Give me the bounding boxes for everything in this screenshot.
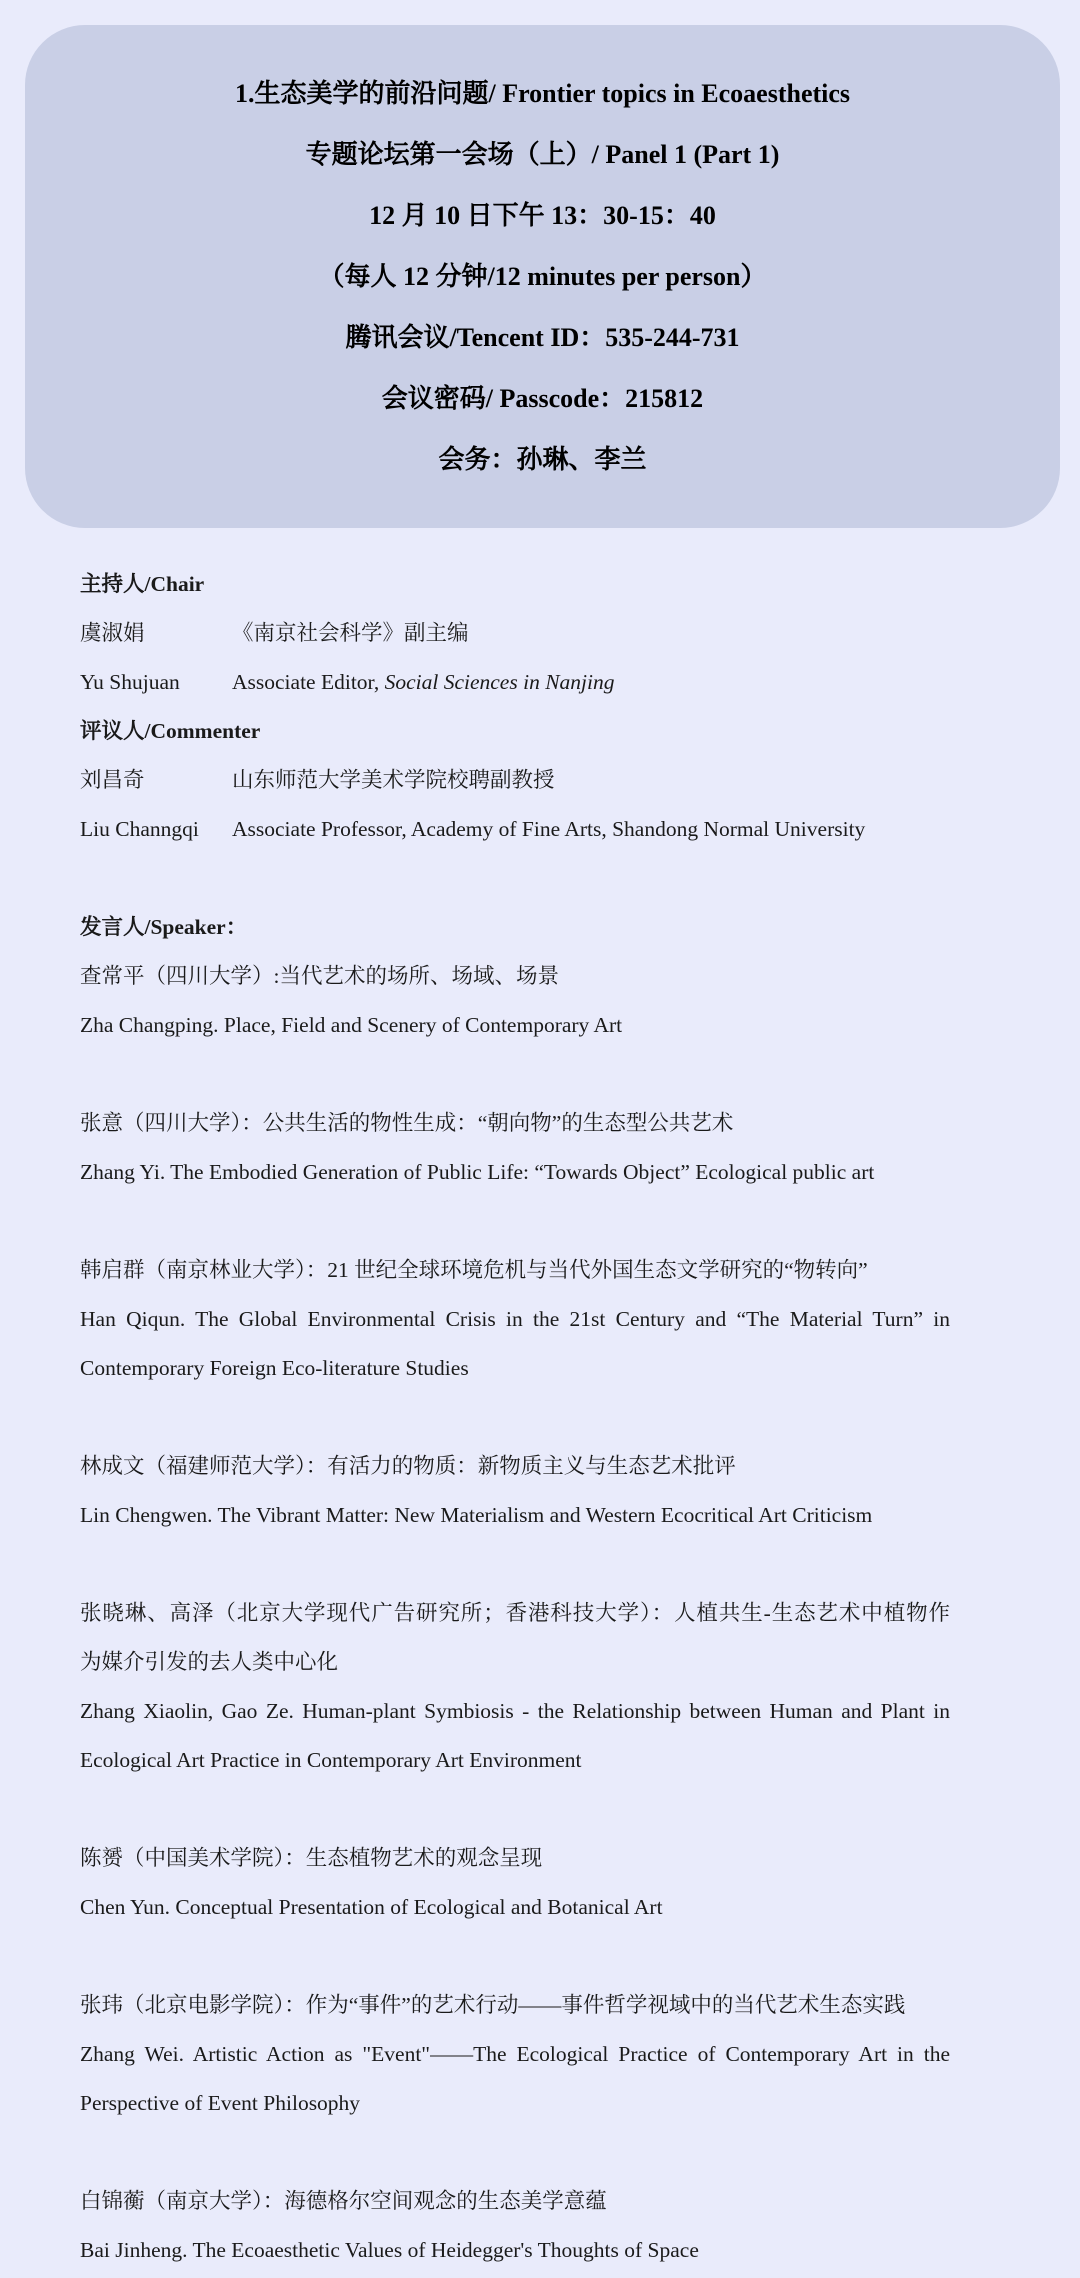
speaker-cn-line: 白锦蘅（南京大学）：海德格尔空间观念的生态美学意蕴	[80, 2177, 950, 2226]
commenter-title-en: Associate Professor, Academy of Fine Art…	[232, 817, 865, 841]
speaker-en-line: Zhang Xiaolin, Gao Ze. Human-plant Symbi…	[80, 1687, 950, 1736]
speaker-cn-line: 为媒介引发的去人类中心化	[80, 1638, 950, 1687]
speaker-cn-line: 张晓琳、高泽（北京大学现代广告研究所；香港科技大学）：人植共生-生态艺术中植物作	[80, 1589, 950, 1638]
speaker-entry: 陈赟（中国美术学院）：生态植物艺术的观念呈现 Chen Yun. Concept…	[80, 1834, 950, 1932]
session-header-panel: 1.生态美学的前沿问题/ Frontier topics in Ecoaesth…	[25, 25, 1060, 528]
speaker-cn-line: 张意（四川大学）：公共生活的物性生成：“朝向物”的生态型公共艺术	[80, 1099, 950, 1148]
speaker-cn-line: 陈赟（中国美术学院）：生态植物艺术的观念呈现	[80, 1834, 950, 1883]
chair-title-en-text: Associate Editor,	[232, 670, 385, 694]
speaker-entry: 韩启群（南京林业大学）：21 世纪全球环境危机与当代外国生态文学研究的“物转向”…	[80, 1246, 950, 1393]
panel-staff: 会务：孙琳、李兰	[45, 429, 1040, 490]
speaker-entry: 张玮（北京电影学院）：作为“事件”的艺术行动——事件哲学视域中的当代艺术生态实践…	[80, 1981, 950, 2128]
speaker-entry: 张意（四川大学）：公共生活的物性生成：“朝向物”的生态型公共艺术 Zhang Y…	[80, 1099, 950, 1197]
section-gap	[80, 854, 950, 903]
speaker-en-line: Zha Changping. Place, Field and Scenery …	[80, 1001, 950, 1050]
speaker-en-line: Contemporary Foreign Eco-literature Stud…	[80, 1344, 950, 1393]
speaker-cn-line: 林成文（福建师范大学）：有活力的物质：新物质主义与生态艺术批评	[80, 1442, 950, 1491]
speaker-cn-line: 韩启群（南京林业大学）：21 世纪全球环境危机与当代外国生态文学研究的“物转向”	[80, 1246, 950, 1295]
commenter-row-cn: 刘昌奇山东师范大学美术学院校聘副教授	[80, 756, 950, 805]
speaker-entry: 林成文（福建师范大学）：有活力的物质：新物质主义与生态艺术批评 Lin Chen…	[80, 1442, 950, 1540]
speaker-heading: 发言人/Speaker：	[80, 903, 950, 952]
panel-duration-note: （每人 12 分钟/12 minutes per person）	[45, 246, 1040, 307]
speaker-en-line: Chen Yun. Conceptual Presentation of Eco…	[80, 1883, 950, 1932]
commenter-name-cn: 刘昌奇	[80, 756, 232, 805]
chair-title-en-italic: Social Sciences in Nanjing	[385, 670, 615, 694]
speaker-en-line: Ecological Art Practice in Contemporary …	[80, 1736, 950, 1785]
commenter-row-en: Liu ChanngqiAssociate Professor, Academy…	[80, 805, 950, 854]
speaker-en-line: Perspective of Event Philosophy	[80, 2079, 950, 2128]
program-body: 主持人/Chair 虞淑娟《南京社会科学》副主编 Yu ShujuanAssoc…	[80, 560, 950, 2275]
speaker-entry: 查常平（四川大学）:当代艺术的场所、场域、场景 Zha Changping. P…	[80, 952, 950, 1050]
speaker-en-line: Bai Jinheng. The Ecoaesthetic Values of …	[80, 2226, 950, 2275]
document-page: { "page": { "bg_color": "#E9EBFB", "pane…	[0, 0, 1080, 2278]
commenter-title-cn: 山东师范大学美术学院校聘副教授	[232, 768, 555, 792]
commenter-heading: 评议人/Commenter	[80, 707, 950, 756]
speaker-en-line: Zhang Wei. Artistic Action as "Event"——T…	[80, 2030, 950, 2079]
speaker-en-line: Han Qiqun. The Global Environmental Cris…	[80, 1295, 950, 1344]
panel-title: 1.生态美学的前沿问题/ Frontier topics in Ecoaesth…	[45, 63, 1040, 124]
commenter-name-en: Liu Channgqi	[80, 805, 232, 854]
chair-heading: 主持人/Chair	[80, 560, 950, 609]
speaker-entry: 张晓琳、高泽（北京大学现代广告研究所；香港科技大学）：人植共生-生态艺术中植物作…	[80, 1589, 950, 1785]
panel-passcode: 会议密码/ Passcode：215812	[45, 368, 1040, 429]
panel-subtitle: 专题论坛第一会场（上）/ Panel 1 (Part 1)	[45, 124, 1040, 185]
speaker-cn-line: 张玮（北京电影学院）：作为“事件”的艺术行动——事件哲学视域中的当代艺术生态实践	[80, 1981, 950, 2030]
chair-row-en: Yu ShujuanAssociate Editor, Social Scien…	[80, 658, 950, 707]
speaker-en-line: Lin Chengwen. The Vibrant Matter: New Ma…	[80, 1491, 950, 1540]
chair-title-cn: 《南京社会科学》副主编	[232, 621, 469, 645]
commenter-title-cn-text: 山东师范大学美术学院校聘副教授	[232, 768, 555, 792]
commenter-title-en-text: Associate Professor, Academy of Fine Art…	[232, 817, 865, 841]
chair-name-en: Yu Shujuan	[80, 658, 232, 707]
chair-title-cn-text: 《南京社会科学》副主编	[232, 621, 469, 645]
panel-datetime: 12 月 10 日下午 13：30-15：40	[45, 185, 1040, 246]
chair-name-cn: 虞淑娟	[80, 609, 232, 658]
speaker-entry: 白锦蘅（南京大学）：海德格尔空间观念的生态美学意蕴 Bai Jinheng. T…	[80, 2177, 950, 2275]
chair-title-en: Associate Editor, Social Sciences in Nan…	[232, 670, 614, 694]
chair-row-cn: 虞淑娟《南京社会科学》副主编	[80, 609, 950, 658]
speaker-en-line: Zhang Yi. The Embodied Generation of Pub…	[80, 1148, 950, 1197]
speaker-cn-line: 查常平（四川大学）:当代艺术的场所、场域、场景	[80, 952, 950, 1001]
panel-meeting-id: 腾讯会议/Tencent ID：535-244-731	[45, 307, 1040, 368]
